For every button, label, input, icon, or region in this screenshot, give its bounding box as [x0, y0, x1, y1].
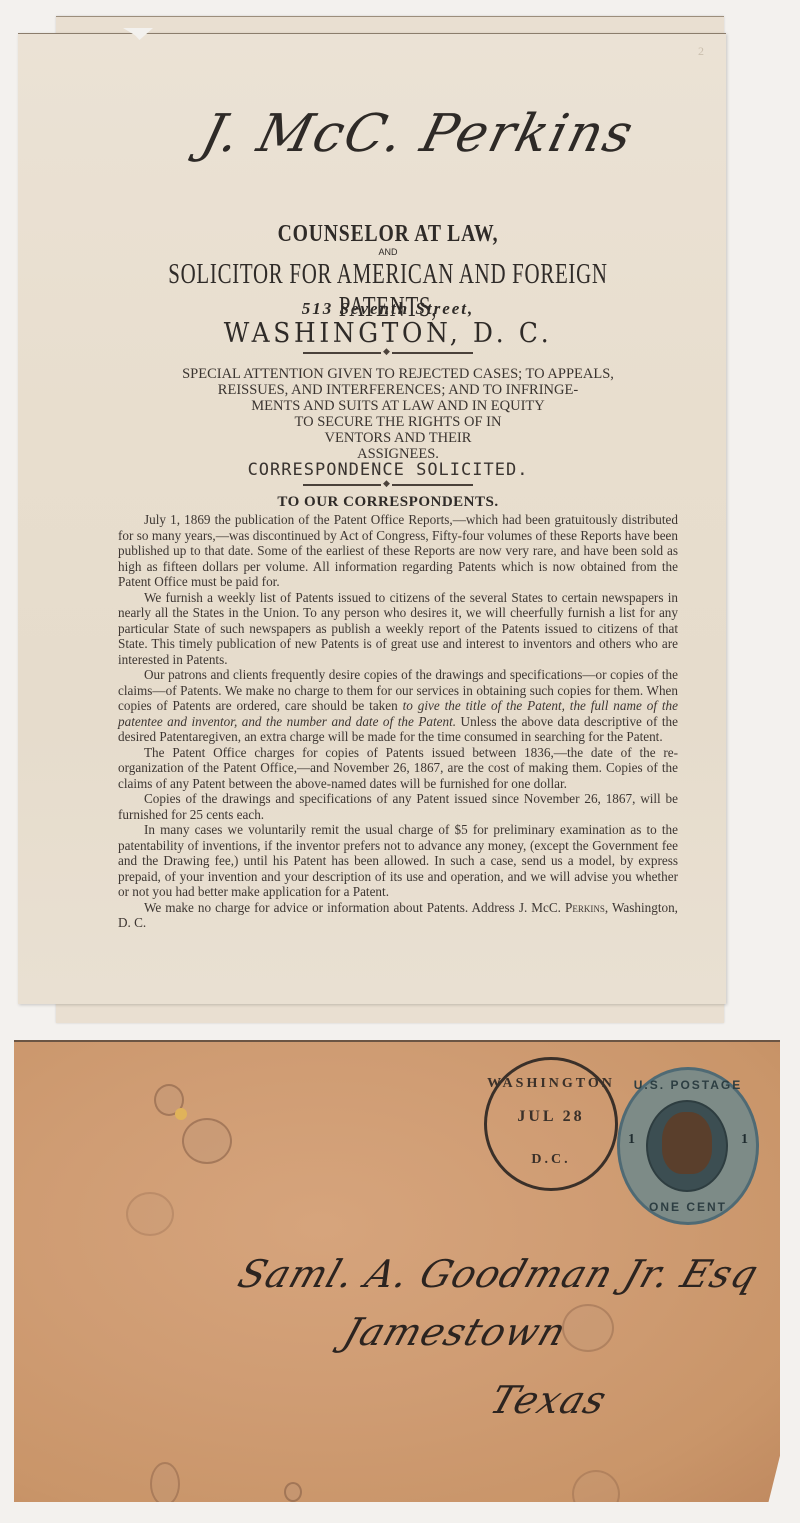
paragraph: The Patent Office charges for copies of … — [118, 745, 678, 792]
water-stain — [284, 1482, 302, 1502]
patent-circular-sheet: 2 J. McC. Perkins COUNSELOR AT LAW, AND … — [18, 33, 726, 1004]
and-connector: AND — [18, 247, 758, 257]
paragraph: Copies of the drawings and specification… — [118, 791, 678, 822]
attention-line: MENTS AND SUITS AT LAW AND IN EQUITY — [118, 398, 678, 414]
water-stain — [126, 1192, 174, 1236]
stamp-portrait-oval — [646, 1100, 728, 1192]
water-stain — [572, 1470, 620, 1518]
correspondence-solicited: CORRESPONDENCE SOLICITED. — [18, 460, 758, 480]
recipient-town: Jamestown — [338, 1310, 572, 1354]
stamp-denomination: ONE CENT — [620, 1200, 756, 1214]
ornamental-rule — [303, 484, 473, 486]
paragraph: We make no charge for advice or informat… — [118, 900, 678, 931]
postmark-date: JUL 28 — [487, 1108, 615, 1126]
postmark-cancel: WASHINGTON JUL 28 D.C. — [484, 1057, 618, 1191]
residue-spot — [175, 1108, 187, 1120]
city-line: WASHINGTON, D. C. — [48, 318, 729, 349]
printed-signature: J. McC. Perkins — [161, 104, 676, 164]
stamp-value-left: 1 — [628, 1132, 635, 1148]
street-address: 513 Seventh Street, — [18, 299, 758, 319]
stamp-value-right: 1 — [741, 1132, 748, 1148]
water-stain — [182, 1118, 232, 1164]
postmark-state: D.C. — [487, 1152, 615, 1168]
section-heading: TO OUR CORRESPONDENTS. — [18, 494, 758, 511]
postmark-city: WASHINGTON — [487, 1076, 615, 1092]
paragraph: Our patrons and clients frequently desir… — [118, 667, 678, 745]
ornamental-rule — [303, 352, 473, 354]
franklin-portrait-icon — [662, 1112, 712, 1174]
perkins-name: Perkins — [565, 900, 605, 915]
torn-edge — [123, 28, 153, 40]
paragraph: July 1, 1869 the publication of the Pate… — [118, 512, 678, 590]
attention-line: REISSUES, AND INTERFERENCES; AND TO INFR… — [118, 382, 678, 398]
page-number: 2 — [698, 44, 704, 59]
paragraph: In many cases we voluntarily remit the u… — [118, 822, 678, 900]
attention-line: SPECIAL ATTENTION GIVEN TO REJECTED CASE… — [118, 366, 678, 382]
water-stain — [150, 1462, 180, 1506]
counselor-heading: COUNSELOR AT LAW, — [85, 221, 692, 248]
recipient-state: Texas — [485, 1378, 613, 1422]
one-cent-stamp: U.S. POSTAGE 1 1 ONE CENT — [617, 1067, 759, 1225]
paragraph: We furnish a weekly list of Patents issu… — [118, 590, 678, 668]
paragraph-text: We make no charge for advice or informat… — [144, 900, 565, 915]
special-attention-notice: SPECIAL ATTENTION GIVEN TO REJECTED CASE… — [118, 366, 678, 462]
attention-line: TO SECURE THE RIGHTS OF IN — [118, 414, 678, 430]
stamp-postage-text: U.S. POSTAGE — [620, 1078, 756, 1092]
circular-body: July 1, 1869 the publication of the Pate… — [118, 512, 678, 931]
recipient-name: Saml. A. Goodman Jr. Esq — [233, 1252, 765, 1296]
attention-line: VENTORS AND THEIR — [118, 430, 678, 446]
